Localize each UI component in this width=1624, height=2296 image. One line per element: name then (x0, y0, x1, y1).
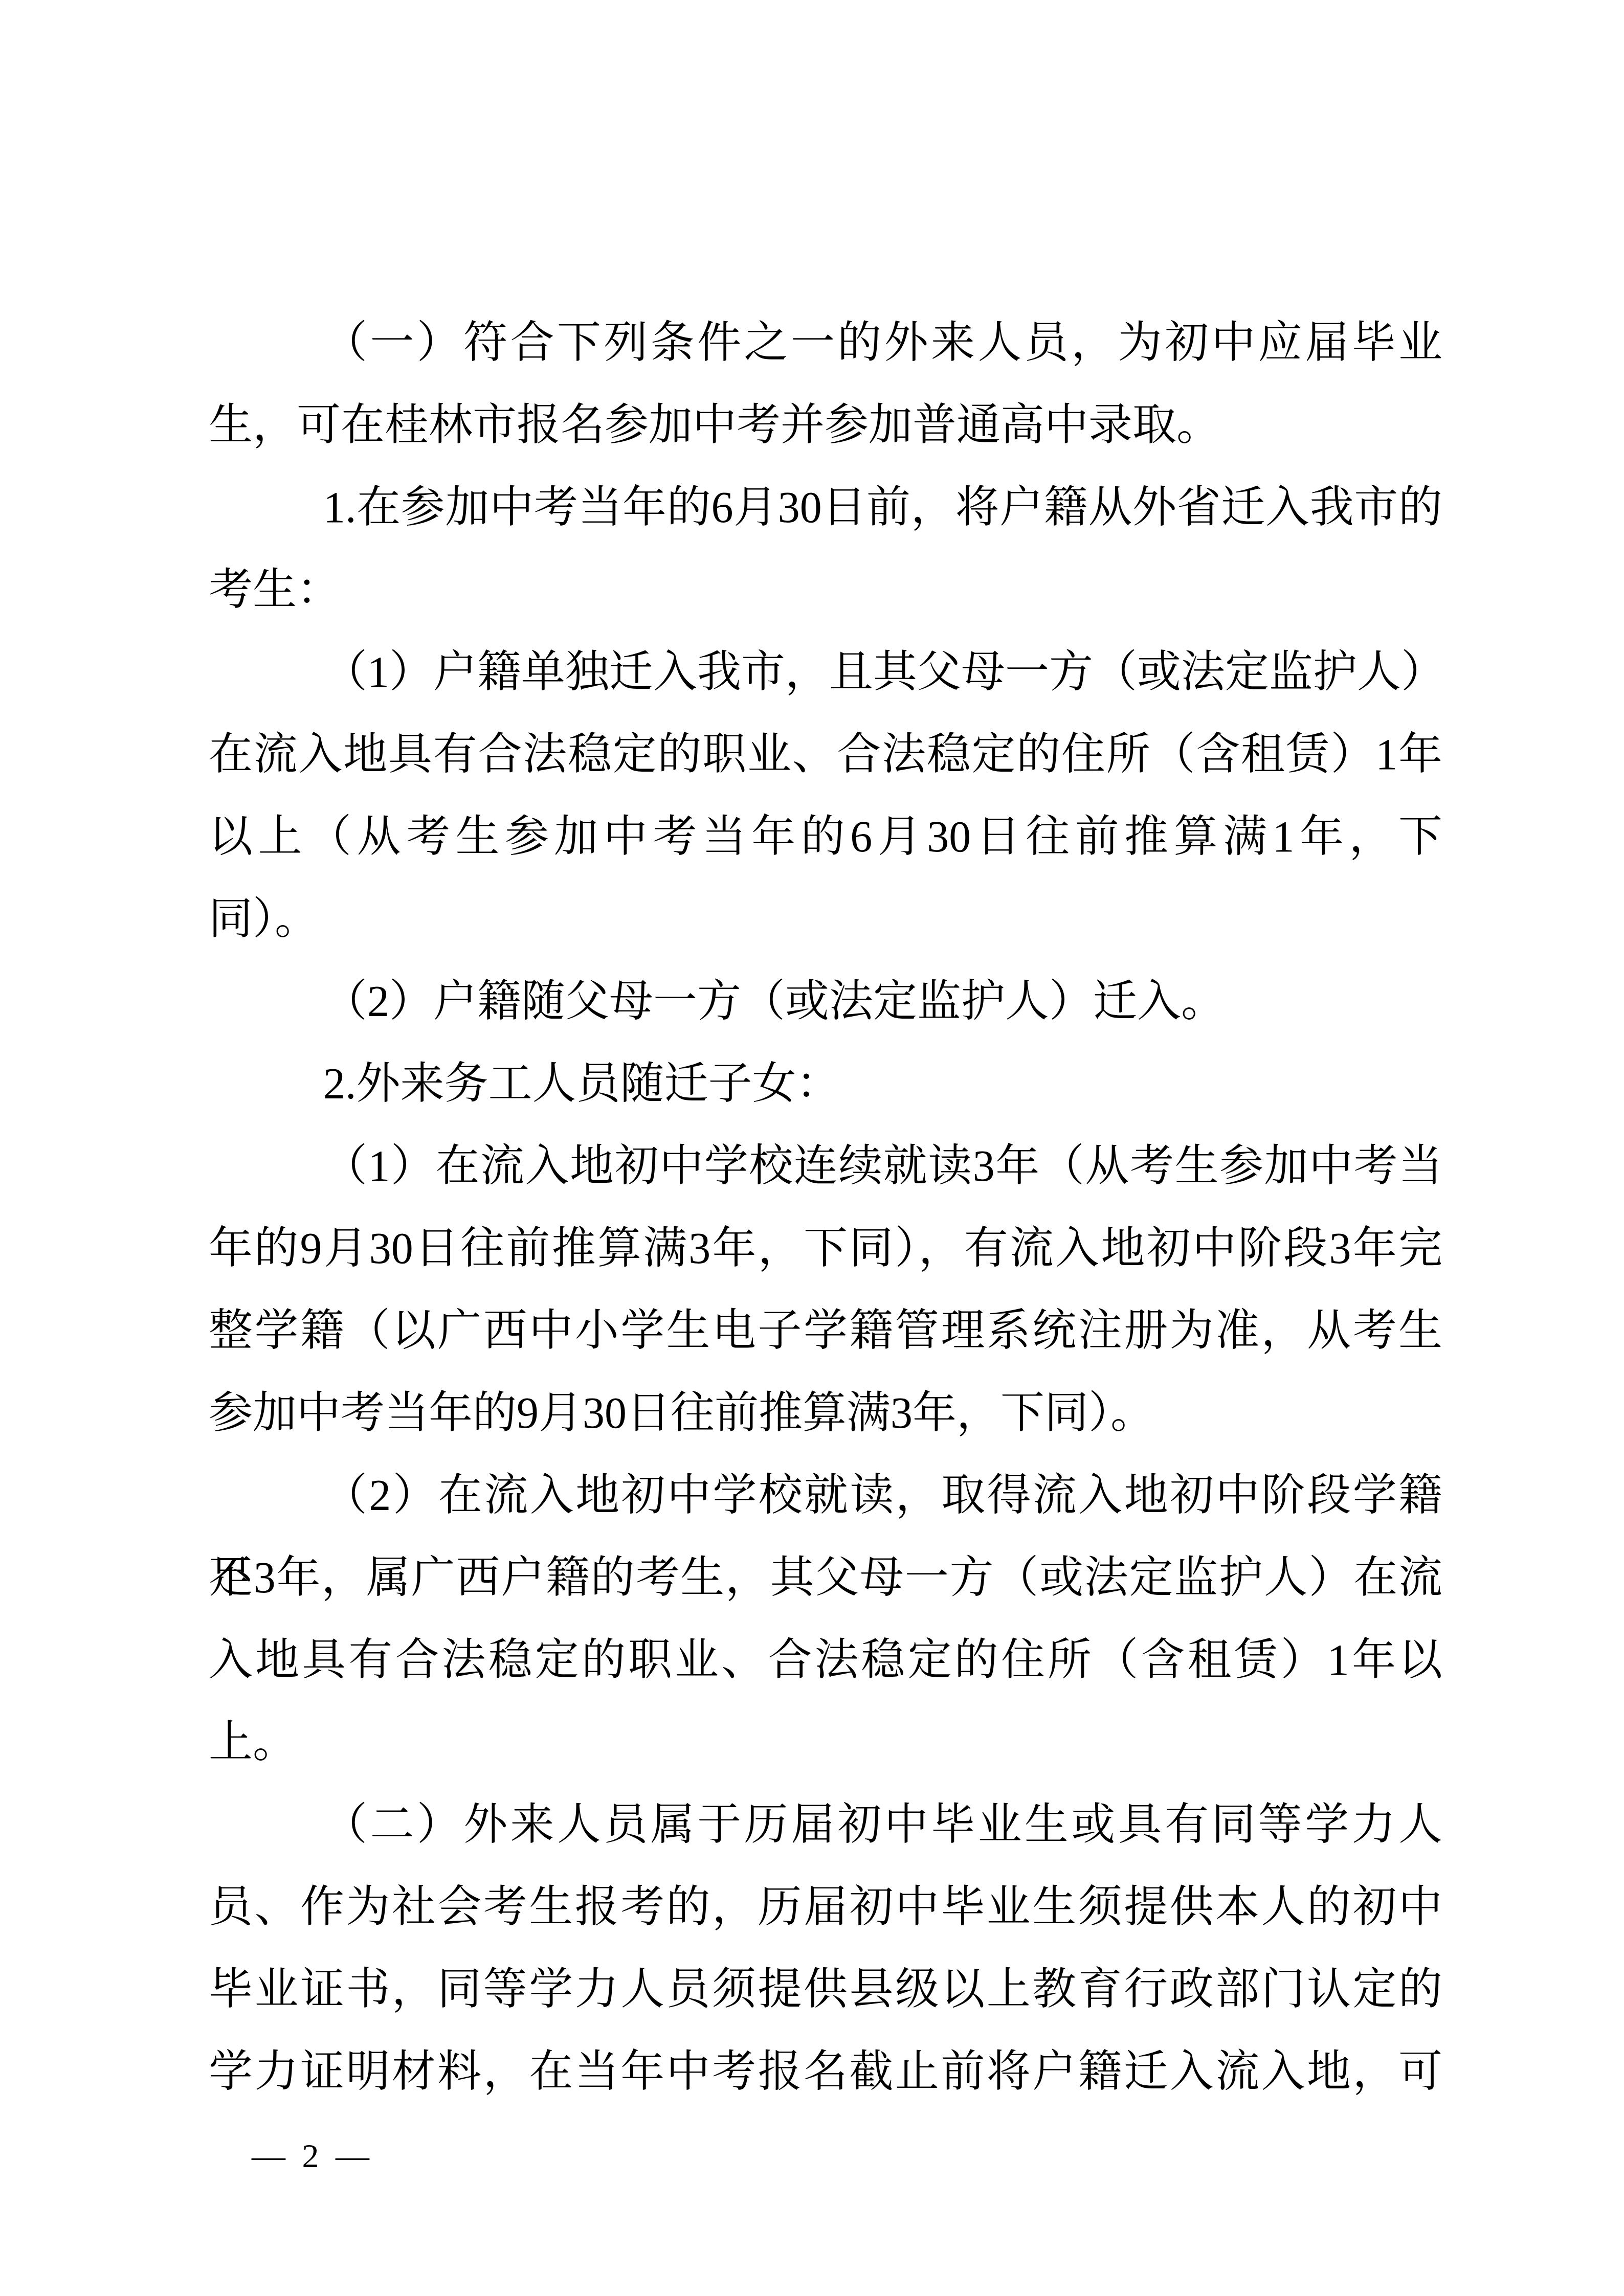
text-line: 2.外来务工人员随迁子女： (209, 1043, 1442, 1125)
text-line: 足3年，属广西户籍的考生，其父母一方（或法定监护人）在流 (209, 1537, 1442, 1619)
text-line: 整学籍（以广西中小学生电子学籍管理系统注册为准，从考生 (209, 1290, 1442, 1372)
text-line: 年的9月30日往前推算满3年，下同），有流入地初中阶段3年完 (209, 1207, 1442, 1290)
text-line: （1）户籍单独迁入我市，且其父母一方（或法定监护人） (209, 631, 1442, 713)
text-line: 毕业证书，同等学力人员须提供县级以上教育行政部门认定的 (209, 1948, 1442, 2031)
text-line: 上。 (209, 1701, 1442, 1784)
text-line: 参加中考当年的9月30日往前推算满3年，下同）。 (209, 1372, 1442, 1454)
document-body: （一）符合下列条件之一的外来人员，为初中应届毕业 生，可在桂林市报名参加中考并参… (209, 302, 1442, 2113)
text-line: 1.在参加中考当年的6月30日前，将户籍从外省迁入我市的 (209, 466, 1442, 549)
text-line: （一）符合下列条件之一的外来人员，为初中应届毕业 (209, 302, 1442, 384)
text-line: 在流入地具有合法稳定的职业、合法稳定的住所（含租赁）1年 (209, 713, 1442, 796)
text-line: 入地具有合法稳定的职业、合法稳定的住所（含租赁）1年以 (209, 1619, 1442, 1701)
text-line: （2）在流入地初中学校就读，取得流入地初中阶段学籍不 (209, 1454, 1442, 1537)
text-line: （二）外来人员属于历届初中毕业生或具有同等学力人 (209, 1784, 1442, 1866)
text-line: 以上（从考生参加中考当年的6月30日往前推算满1年，下 (209, 796, 1442, 878)
text-line: 生，可在桂林市报名参加中考并参加普通高中录取。 (209, 384, 1442, 466)
text-line: （2）户籍随父母一方（或法定监护人）迁入。 (209, 960, 1442, 1043)
text-line: 同）。 (209, 878, 1442, 960)
page-number: — 2 — (252, 2123, 373, 2190)
text-line: 学力证明材料，在当年中考报名截止前将户籍迁入流入地，可 (209, 2031, 1442, 2113)
text-line: 员、作为社会考生报考的，历届初中毕业生须提供本人的初中 (209, 1866, 1442, 1948)
text-line: 考生： (209, 549, 1442, 631)
text-line: （1）在流入地初中学校连续就读3年（从考生参加中考当 (209, 1125, 1442, 1207)
document-page: （一）符合下列条件之一的外来人员，为初中应届毕业 生，可在桂林市报名参加中考并参… (0, 0, 1624, 2296)
